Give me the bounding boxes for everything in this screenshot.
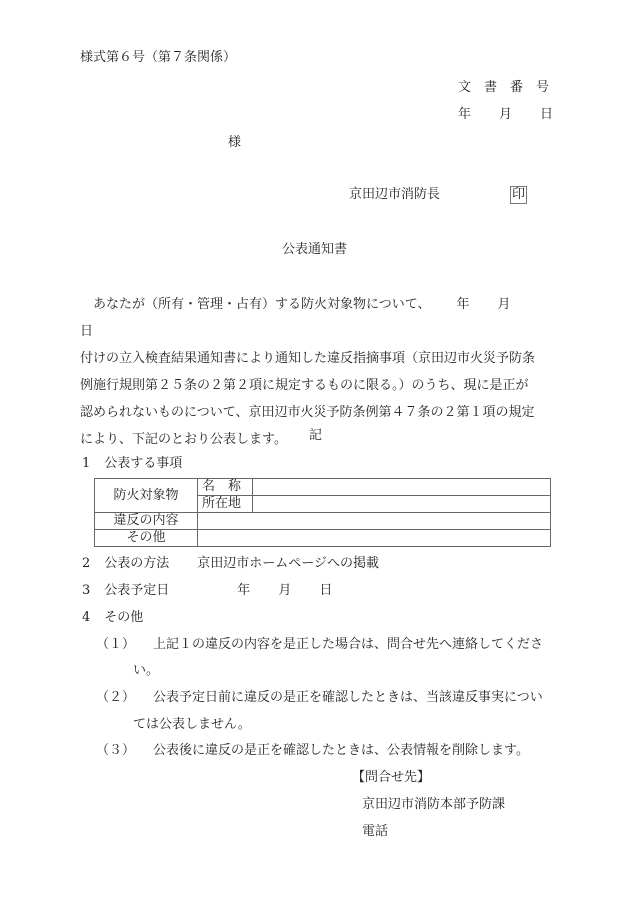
form-number: 様式第６号（第７条関係） <box>80 49 236 67</box>
item-1: 1公表する事項 <box>82 455 182 473</box>
name-value[interactable] <box>253 479 551 496</box>
item-number: 1 <box>82 456 90 471</box>
body-line: 例施行規則第２５条の２第２項に規定するものに限る。）のうち、現に是正が <box>80 372 550 399</box>
address-value[interactable] <box>253 496 551 513</box>
issuer-name: 京田辺市消防長 <box>349 186 440 204</box>
doc-number-char: 書 <box>484 80 497 95</box>
doc-number-char: 号 <box>536 80 549 95</box>
doc-number-char: 文 <box>458 80 471 95</box>
note-number: （３） <box>96 743 135 758</box>
item-number: 2 <box>82 556 90 571</box>
other-value[interactable] <box>198 530 551 547</box>
fire-target-header: 防火対象物 <box>95 479 198 513</box>
note-number: （２） <box>96 690 135 705</box>
note-number: （１） <box>96 637 135 652</box>
note-text: 上記１の違反の内容を是正した場合は、問合せ先へ連絡してくださ <box>153 637 543 652</box>
contact-heading: 【問合せ先】 <box>352 769 430 787</box>
violation-value[interactable] <box>198 513 551 530</box>
item-number: 4 <box>82 610 90 625</box>
issue-date: 年月日 <box>458 106 553 124</box>
addressee-suffix: 様 <box>228 134 241 152</box>
note-2-cont: ては公表しません。 <box>133 716 251 734</box>
note-3: （３）公表後に違反の是正を確認したときは、公表情報を削除します。 <box>96 742 529 760</box>
item-label: 公表の方法 <box>104 556 169 571</box>
item-2: 2公表の方法京田辺市ホームページへの掲載 <box>82 555 379 573</box>
publish-day: 日 <box>319 583 332 598</box>
item-number: 3 <box>82 583 90 598</box>
item-3: 3公表予定日年月日 <box>82 582 332 600</box>
item-label: 公表予定日 <box>104 583 169 598</box>
item-label: その他 <box>104 610 143 625</box>
body-line: 付けの立入検査結果通知書により通知した違反指摘事項（京田辺市火災予防条 <box>80 345 550 372</box>
document-title: 公表通知書 <box>282 241 347 259</box>
other-header: その他 <box>95 530 198 547</box>
ki-heading: 記 <box>309 427 322 445</box>
note-2: （２）公表予定日前に違反の是正を確認したときは、当該違反事実につい <box>96 689 543 707</box>
item-value: 京田辺市ホームページへの掲載 <box>197 556 379 571</box>
address-label: 所在地 <box>198 496 253 513</box>
publish-year: 年 <box>237 583 250 598</box>
date-day: 日 <box>540 107 553 122</box>
inspection-year: 年 <box>456 297 469 312</box>
item-label: 公表する事項 <box>104 456 182 471</box>
publish-month: 月 <box>278 583 291 598</box>
document-number-label: 文書番号 <box>458 79 549 97</box>
item-4: 4その他 <box>82 609 143 627</box>
note-1: （１）上記１の違反の内容を是正した場合は、問合せ先へ連絡してくださ <box>96 636 543 654</box>
inspection-month: 月 <box>498 297 511 312</box>
doc-number-char: 番 <box>510 80 523 95</box>
seal-mark: 印 <box>510 186 527 204</box>
body-line: 認められないものについて、京田辺市火災予防条例第４７条の２第１項の規定 <box>80 399 550 426</box>
disclosure-table: 防火対象物 名 称 所在地 違反の内容 その他 <box>94 478 551 547</box>
name-label: 名 称 <box>198 479 253 496</box>
date-month: 月 <box>499 107 512 122</box>
contact-department: 京田辺市消防本部予防課 <box>362 796 505 814</box>
note-text: 公表予定日前に違反の是正を確認したときは、当該違反事実につい <box>153 690 543 705</box>
date-year: 年 <box>458 107 471 122</box>
body-line: あなたが（所有・管理・占有）する防火対象物について、 <box>80 297 430 312</box>
inspection-day: 日 <box>80 324 93 339</box>
contact-phone-label: 電話 <box>362 823 388 841</box>
note-text: 公表後に違反の是正を確認したときは、公表情報を削除します。 <box>153 743 529 758</box>
violation-header: 違反の内容 <box>95 513 198 530</box>
note-1-cont: い。 <box>133 662 159 680</box>
